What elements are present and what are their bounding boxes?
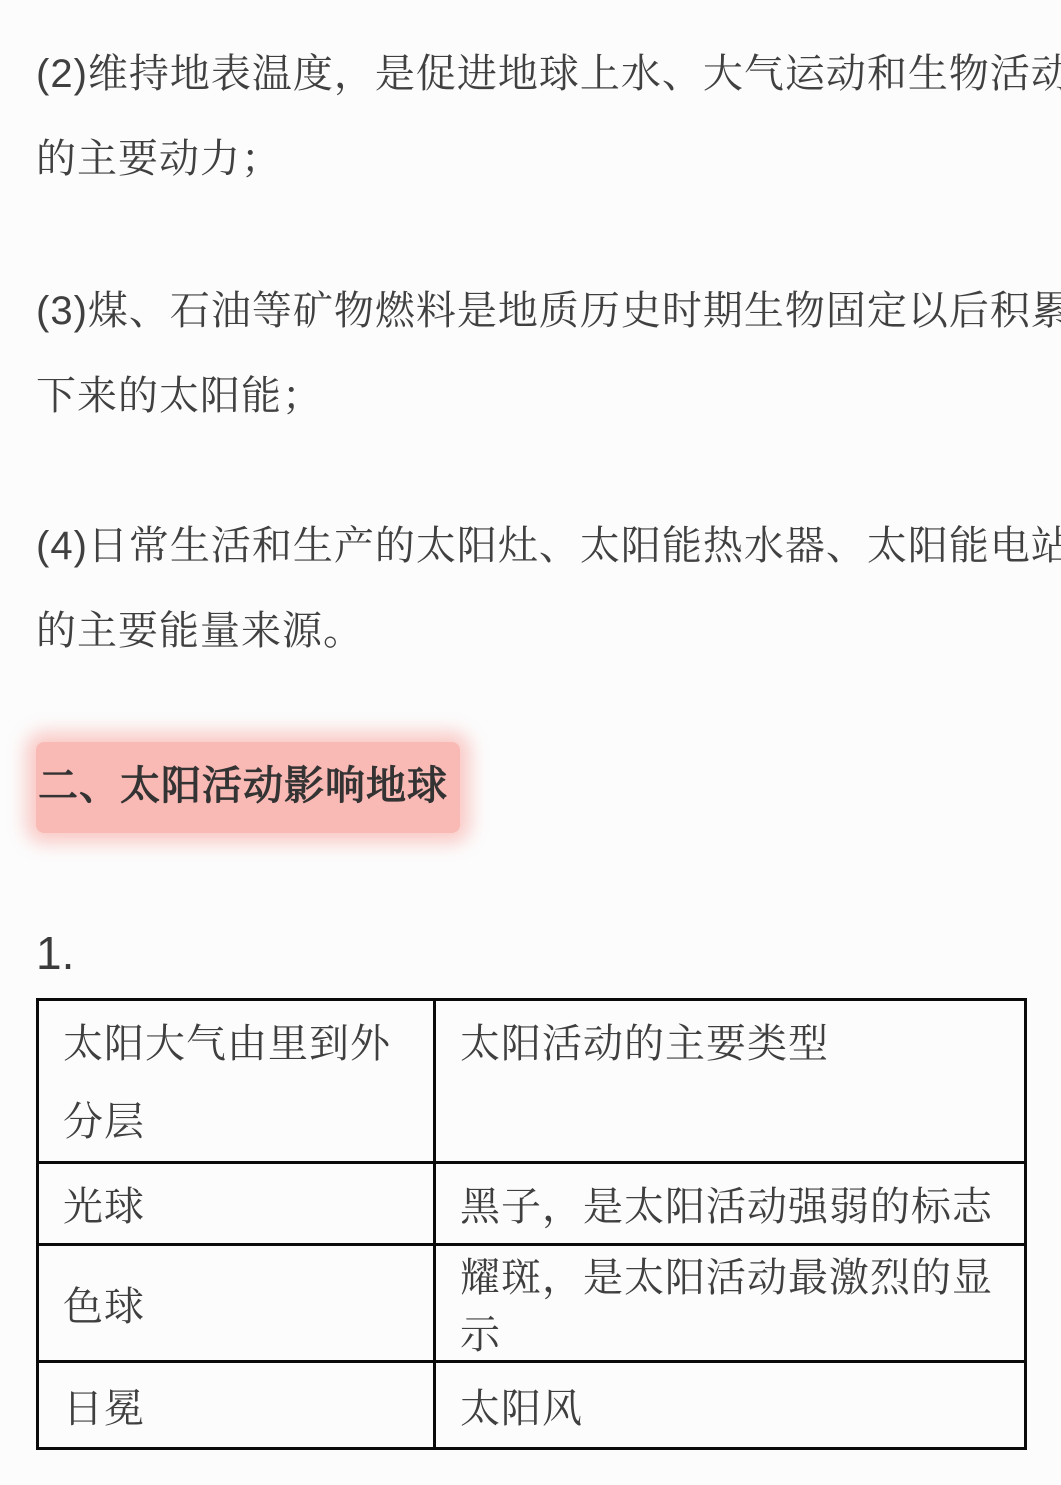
paragraph-line: 的主要能量来源。 xyxy=(36,589,1027,674)
paragraph-solar-energy-4: (4)日常生活和生产的太阳灶、太阳能热水器、太阳能电站 的主要能量来源。 xyxy=(36,504,1027,674)
table-cell-activity: 黑子，是太阳活动强弱的标志 xyxy=(435,1163,1026,1245)
table-header-row: 太阳大气由里到外分层 太阳活动的主要类型 xyxy=(38,1000,1026,1163)
solar-activity-table: 太阳大气由里到外分层 太阳活动的主要类型 光球 黑子，是太阳活动强弱的标志 色球… xyxy=(36,998,1027,1450)
paragraph-line: 的主要动力； xyxy=(36,117,1027,202)
paragraph-line: (4)日常生活和生产的太阳灶、太阳能热水器、太阳能电站 xyxy=(36,504,1027,589)
paragraph-line: 下来的太阳能； xyxy=(36,354,1027,439)
table-cell-layer: 日冕 xyxy=(38,1362,435,1449)
section-heading-highlight: 二、太阳活动影响地球 xyxy=(36,742,460,833)
table-cell-activity: 耀斑，是太阳活动最激烈的显示 xyxy=(435,1245,1026,1362)
paragraph-solar-energy-3: (3)煤、石油等矿物燃料是地质历史时期生物固定以后积累 下来的太阳能； xyxy=(36,269,1027,439)
paragraph-solar-energy-2: (2)维持地表温度，是促进地球上水、大气运动和生物活动 的主要动力； xyxy=(36,0,1027,202)
header-cell-activity-types: 太阳活动的主要类型 xyxy=(435,1000,1026,1163)
table-row: 日冕 太阳风 xyxy=(38,1362,1026,1449)
paragraph-line: (2)维持地表温度，是促进地球上水、大气运动和生物活动 xyxy=(36,32,1027,117)
table-cell-layer: 光球 xyxy=(38,1163,435,1245)
table-row: 色球 耀斑，是太阳活动最激烈的显示 xyxy=(38,1245,1026,1362)
section-heading-row: 二、太阳活动影响地球 xyxy=(36,742,1027,837)
table-row: 光球 黑子，是太阳活动强弱的标志 xyxy=(38,1163,1026,1245)
paragraph-line: (3)煤、石油等矿物燃料是地质历史时期生物固定以后积累 xyxy=(36,269,1027,354)
document-page: (2)维持地表温度，是促进地球上水、大气运动和生物活动 的主要动力； (3)煤、… xyxy=(0,0,1061,1485)
list-item-number: 1. xyxy=(36,911,1027,996)
table-cell-activity: 太阳风 xyxy=(435,1362,1026,1449)
header-cell-layers: 太阳大气由里到外分层 xyxy=(38,1000,435,1163)
table-cell-layer: 色球 xyxy=(38,1245,435,1362)
